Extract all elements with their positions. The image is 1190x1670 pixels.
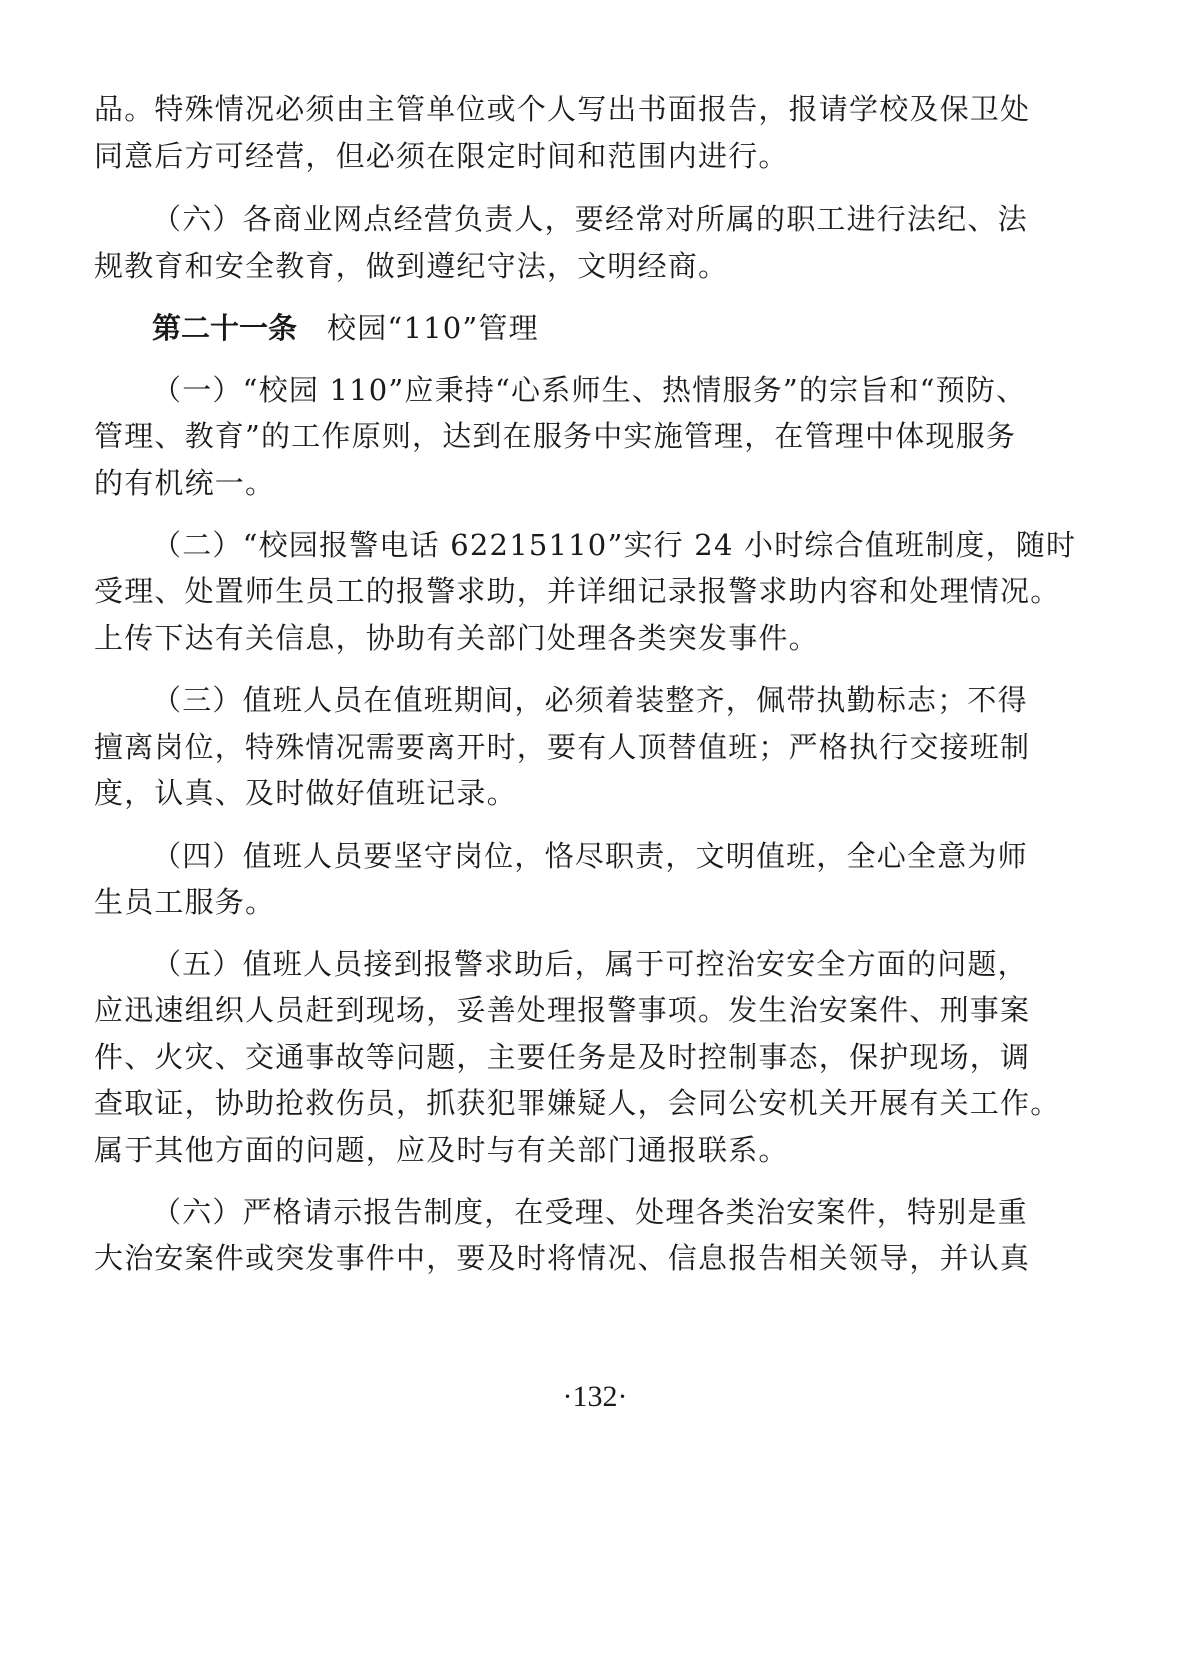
- paragraph-item-1-line: 管理、教育”的工作原则，达到在服务中实施管理，在管理中体现服务: [94, 413, 1104, 459]
- text-line: 规教育和安全教育，做到遵纪守法，文明经商。: [94, 243, 1104, 289]
- paragraph-item-6-line: （六）严格请示报告制度，在受理、处理各类治安案件，特别是重: [152, 1189, 1104, 1235]
- article-number: 第二十一条: [152, 311, 297, 345]
- paragraph-item-5-line: 应迅速组织人员赶到现场，妥善处理报警事项。发生治安案件、刑事案: [94, 987, 1104, 1033]
- paragraph-item-3-line: （三）值班人员在值班期间，必须着装整齐，佩带执勤标志；不得: [152, 677, 1104, 723]
- article-title: 校园“110”管理: [327, 311, 539, 345]
- text-line: （六）各商业网点经营负责人，要经常对所属的职工进行法纪、法: [152, 196, 1104, 242]
- paragraph-item-4-line: （四）值班人员要坚守岗位，恪尽职责，文明值班，全心全意为师: [152, 833, 1104, 879]
- paragraph-item-4-line: 生员工服务。: [94, 879, 1104, 925]
- paragraph-item-3-line: 度，认真、及时做好值班记录。: [94, 770, 1104, 816]
- paragraph-item-5-line: 查取证，协助抢救伤员，抓获犯罪嫌疑人，会同公安机关开展有关工作。: [94, 1080, 1104, 1126]
- text-line: 品。特殊情况必须由主管单位或个人写出书面报告，报请学校及保卫处: [94, 86, 1104, 132]
- paragraph-item-1-line: （一）“校园 110”应秉持“心系师生、热情服务”的宗旨和“预防、: [152, 367, 1104, 413]
- paragraph-item-5-line: 件、火灾、交通事故等问题，主要任务是及时控制事态，保护现场，调: [94, 1034, 1104, 1080]
- document-page: 品。特殊情况必须由主管单位或个人写出书面报告，报请学校及保卫处 同意后方可经营，…: [0, 0, 1190, 1670]
- paragraph-item-3-line: 擅离岗位，特殊情况需要离开时，要有人顶替值班；严格执行交接班制: [94, 724, 1104, 770]
- paragraph-item-5-line: （五）值班人员接到报警求助后，属于可控治安安全方面的问题，: [152, 941, 1104, 987]
- paragraph-item-2-line: （二）“校园报警电话 62215110”实行 24 小时综合值班制度，随时: [152, 522, 1104, 568]
- page-number: ·132·: [0, 1380, 1190, 1414]
- paragraph-item-5-line: 属于其他方面的问题，应及时与有关部门通报联系。: [94, 1127, 1104, 1173]
- paragraph-item-2-line: 受理、处置师生员工的报警求助，并详细记录报警求助内容和处理情况。: [94, 568, 1104, 614]
- paragraph-item-2-line: 上传下达有关信息，协助有关部门处理各类突发事件。: [94, 615, 1104, 661]
- text-line: 同意后方可经营，但必须在限定时间和范围内进行。: [94, 133, 1104, 179]
- article-heading: 第二十一条校园“110”管理: [152, 305, 1104, 351]
- paragraph-item-1-line: 的有机统一。: [94, 460, 1104, 506]
- paragraph-item-6-line: 大治安案件或突发事件中，要及时将情况、信息报告相关领导，并认真: [94, 1235, 1104, 1281]
